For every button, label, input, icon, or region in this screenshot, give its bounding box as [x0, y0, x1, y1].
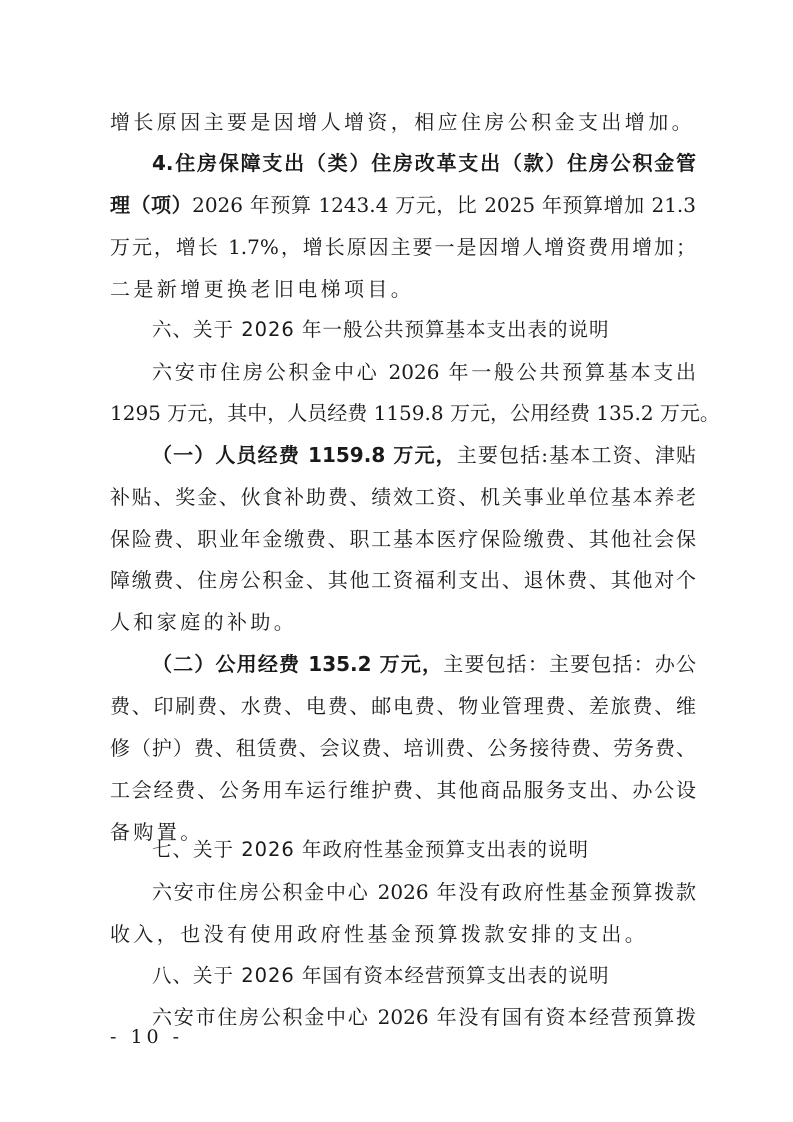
paragraph-line: 1295 万元，其中，人员经费 1159.8 万元，公用经费 135.2 万元。 — [110, 399, 696, 427]
paragraph-line: 修（护）费、租赁费、会议费、培训费、公务接待费、劳务费、 — [110, 734, 696, 762]
paragraph-line: 理（项）2026 年预算 1243.4 万元，比 2025 年预算增加 21.3 — [110, 191, 696, 219]
subsection-line: （二）公用经费 135.2 万元，主要包括：主要包括：办公 — [152, 650, 696, 678]
section-heading: 八、关于 2026 年国有资本经营预算支出表的说明 — [152, 962, 696, 990]
paragraph-line: 增长原因主要是因增人增资，相应住房公积金支出增加。 — [110, 108, 696, 136]
paragraph-line: 六安市住房公积金中心 2026 年一般公共预算基本支出 — [152, 358, 696, 386]
item-heading-line: 4.住房保障支出（类）住房改革支出（款）住房公积金管 — [152, 149, 696, 177]
section-heading: 六、关于 2026 年一般公共预算基本支出表的说明 — [152, 316, 696, 344]
paragraph-line: 六安市住房公积金中心 2026 年没有政府性基金预算拨款 — [152, 878, 696, 906]
paragraph-line: 补贴、奖金、伙食补助费、绩效工资、机关事业单位基本养老 — [110, 483, 696, 511]
subsection-line: （一）人员经费 1159.8 万元，主要包括:基本工资、津贴 — [152, 441, 696, 469]
paragraph-line: 六安市住房公积金中心 2026 年没有国有资本经营预算拨 — [152, 1003, 696, 1031]
paragraph-line: 收入，也没有使用政府性基金预算拨款安排的支出。 — [110, 920, 696, 948]
section-heading: 七、关于 2026 年政府性基金预算支出表的说明 — [152, 836, 696, 864]
paragraph-line: 人和家庭的补助。 — [110, 608, 696, 636]
paragraph-line: 保险费、职业年金缴费、职工基本医疗保险缴费、其他社会保 — [110, 525, 696, 553]
paragraph-line: 二是新增更换老旧电梯项目。 — [110, 275, 696, 303]
page-number: - 10 - — [110, 1026, 183, 1048]
paragraph-line: 工会经费、公务用车运行维护费、其他商品服务支出、办公设 — [110, 776, 696, 804]
paragraph-line: 障缴费、住房公积金、其他工资福利支出、退休费、其他对个 — [110, 566, 696, 594]
paragraph-line: 万元，增长 1.7%，增长原因主要一是因增人增资费用增加； — [110, 233, 696, 261]
paragraph-line: 费、印刷费、水费、电费、邮电费、物业管理费、差旅费、维 — [110, 692, 696, 720]
